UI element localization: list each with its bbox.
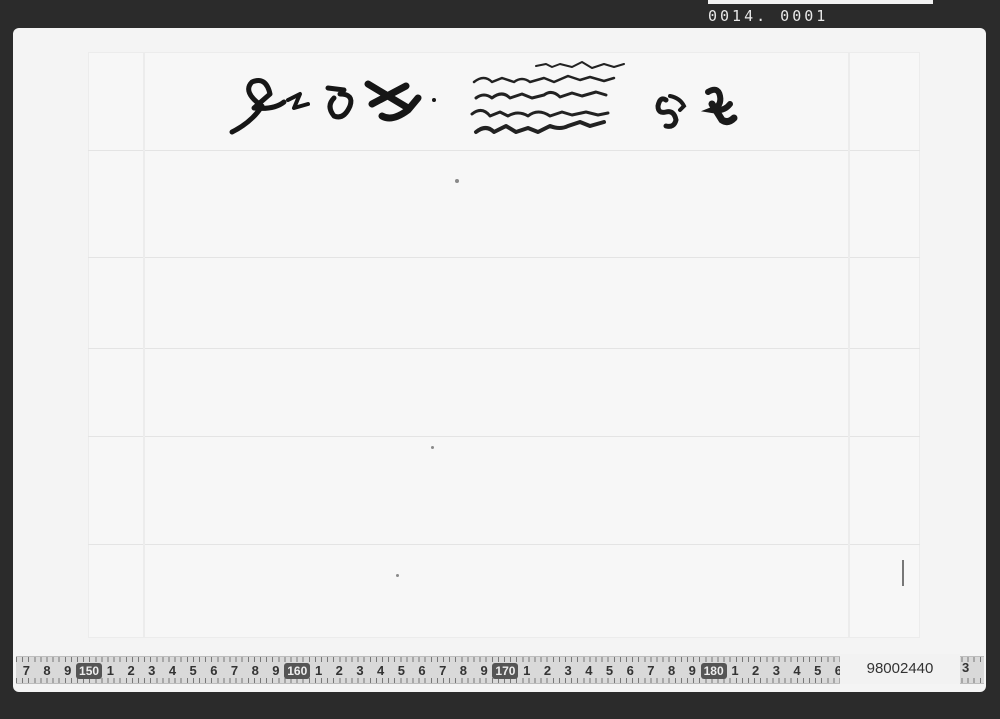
ruler-number: 8 bbox=[245, 663, 266, 679]
ruler-number: 5 bbox=[183, 663, 204, 679]
ruler-number: 6 bbox=[204, 663, 225, 679]
ruler-number: 5 bbox=[807, 663, 828, 679]
ruler-number: 160 bbox=[284, 663, 310, 679]
fold-line bbox=[88, 436, 920, 437]
ruler-number: 9 bbox=[266, 663, 287, 679]
ruler-number: 1 bbox=[516, 663, 537, 679]
ruler-number: 8 bbox=[453, 663, 474, 679]
ruler-number: 3 bbox=[141, 663, 162, 679]
ruler-number: 4 bbox=[579, 663, 600, 679]
ruler-number: 6 bbox=[412, 663, 433, 679]
ink-spot bbox=[431, 446, 434, 449]
ruler-number: 3 bbox=[766, 663, 787, 679]
ruler-number: 5 bbox=[599, 663, 620, 679]
ink-spot bbox=[455, 179, 459, 183]
ruler-number: 2 bbox=[537, 663, 558, 679]
ruler-number: 4 bbox=[370, 663, 391, 679]
ruler-ticks-top bbox=[16, 657, 984, 662]
ruler-number: 2 bbox=[329, 663, 350, 679]
fold-line bbox=[88, 348, 920, 349]
fold-line bbox=[88, 150, 920, 151]
ruler-number: 150 bbox=[76, 663, 102, 679]
ruler-number: 3 bbox=[558, 663, 579, 679]
ruler-number: 6 bbox=[620, 663, 641, 679]
ruler-number: 5 bbox=[391, 663, 412, 679]
signature-calligraphy bbox=[228, 74, 453, 144]
ruler-tail-number: 3 bbox=[962, 660, 969, 675]
body-calligraphy bbox=[466, 60, 634, 142]
fold-line bbox=[88, 257, 920, 258]
ruler-number: 4 bbox=[787, 663, 808, 679]
ruler-number: 9 bbox=[474, 663, 495, 679]
ruler-number: 9 bbox=[57, 663, 78, 679]
ruler-number: 1 bbox=[100, 663, 121, 679]
vertical-fold bbox=[848, 52, 850, 638]
ruler-number: 7 bbox=[224, 663, 245, 679]
ruler-numbers: 7891501234567891601234567891701234567891… bbox=[16, 663, 849, 679]
ruler-number: 2 bbox=[121, 663, 142, 679]
frame-id: 0014. 0001 bbox=[708, 7, 828, 25]
ruler-number: 7 bbox=[16, 663, 37, 679]
ruler-number: 8 bbox=[661, 663, 682, 679]
ruler-number: 1 bbox=[725, 663, 746, 679]
fold-line bbox=[88, 544, 920, 545]
ruler-number: 4 bbox=[162, 663, 183, 679]
ruler-number: 1 bbox=[308, 663, 329, 679]
ruler-number: 3 bbox=[350, 663, 371, 679]
measuring-ruler: 7891501234567891601234567891701234567891… bbox=[16, 656, 984, 684]
top-label-strip bbox=[708, 0, 933, 4]
ruler-number: 180 bbox=[701, 663, 727, 679]
vertical-fold bbox=[143, 52, 145, 638]
ruler-number: 9 bbox=[682, 663, 703, 679]
ruler-number: 8 bbox=[37, 663, 58, 679]
ink-spot bbox=[396, 574, 399, 577]
catalog-number: 98002440 bbox=[840, 654, 960, 684]
ruler-number: 7 bbox=[641, 663, 662, 679]
document-paper bbox=[88, 52, 920, 638]
title-calligraphy bbox=[638, 74, 738, 134]
pencil-mark bbox=[902, 560, 904, 586]
ruler-number: 7 bbox=[432, 663, 453, 679]
ruler-number: 2 bbox=[745, 663, 766, 679]
ruler-number: 170 bbox=[492, 663, 518, 679]
